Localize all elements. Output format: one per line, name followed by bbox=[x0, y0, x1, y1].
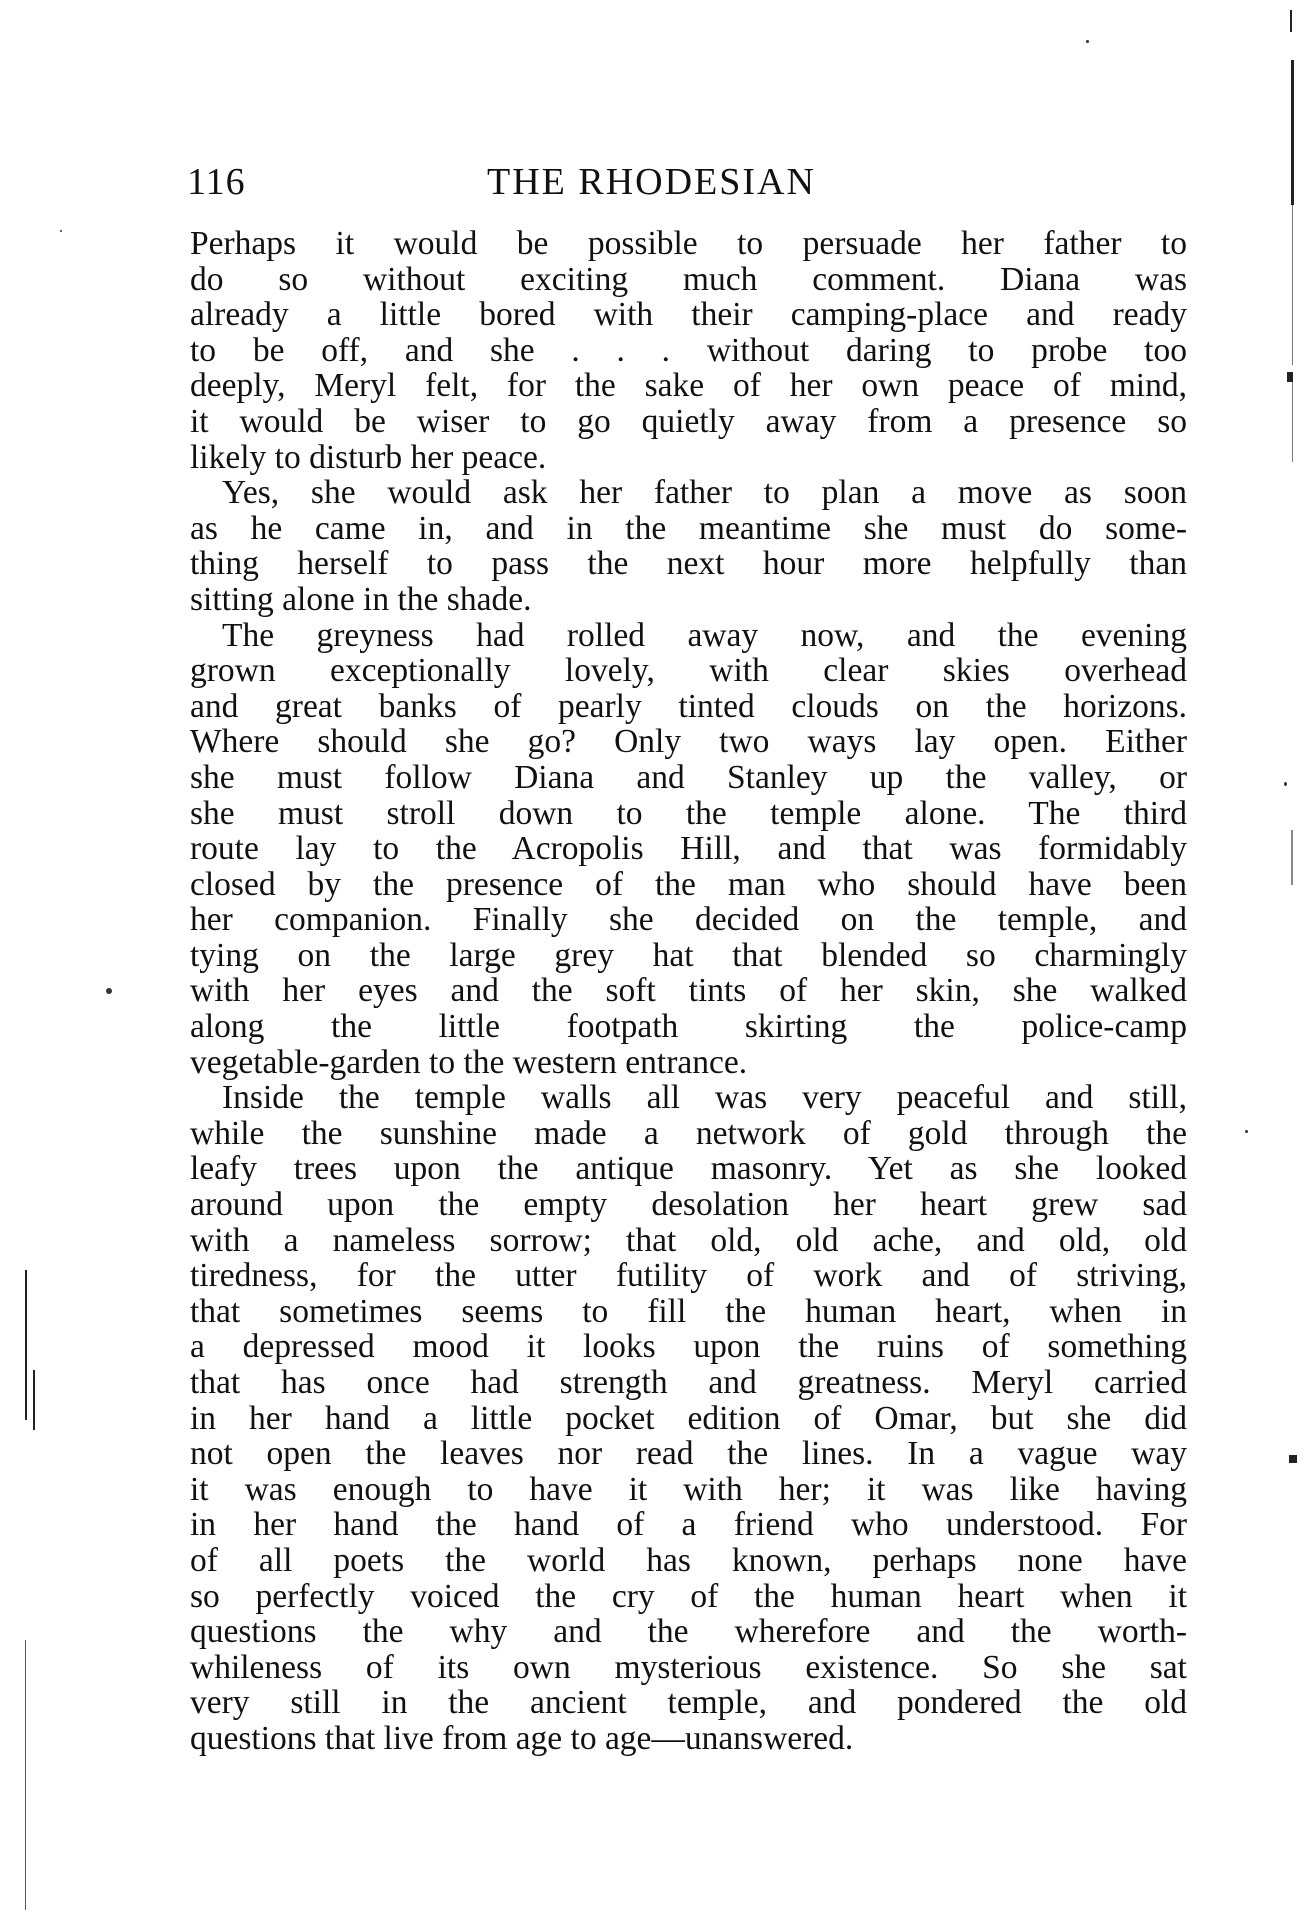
text-line: Where should she go? Only two ways lay o… bbox=[190, 724, 1187, 760]
scan-speck bbox=[106, 988, 112, 994]
text-line: tying on the large grey hat that blended… bbox=[190, 938, 1187, 974]
body-text: Perhaps it would be possible to persuade… bbox=[190, 226, 1187, 1757]
text-line: whileness of its own mysterious existenc… bbox=[190, 1650, 1187, 1686]
paragraph: Perhaps it would be possible to persuade… bbox=[190, 226, 1187, 475]
text-line: tiredness, for the utter futility of wor… bbox=[190, 1258, 1187, 1294]
text-line: while the sunshine made a network of gol… bbox=[190, 1116, 1187, 1152]
text-line: it was enough to have it with her; it wa… bbox=[190, 1472, 1187, 1508]
text-line: deeply, Meryl felt, for the sake of her … bbox=[190, 368, 1187, 404]
text-line: very still in the ancient temple, and po… bbox=[190, 1685, 1187, 1721]
text-line: she must stroll down to the temple alone… bbox=[190, 796, 1187, 832]
text-line: do so without exciting much comment. Dia… bbox=[190, 262, 1187, 298]
text-line: she must follow Diana and Stanley up the… bbox=[190, 760, 1187, 796]
text-line: thing herself to pass the next hour more… bbox=[190, 546, 1187, 582]
scan-edge-mark bbox=[25, 1640, 26, 1910]
text-line: with her eyes and the soft tints of her … bbox=[190, 973, 1187, 1009]
text-line: around upon the empty desolation her hea… bbox=[190, 1187, 1187, 1223]
text-line: to be off, and she . . . without daring … bbox=[190, 333, 1187, 369]
scan-speck bbox=[1245, 1130, 1248, 1133]
paragraph: Yes, she would ask her father to plan a … bbox=[190, 475, 1187, 617]
text-line: Perhaps it would be possible to persuade… bbox=[190, 226, 1187, 262]
book-page: 116 THE RHODESIAN Perhaps it would be po… bbox=[0, 0, 1312, 1918]
text-line: not open the leaves nor read the lines. … bbox=[190, 1436, 1187, 1472]
text-line: questions the why and the wherefore and … bbox=[190, 1614, 1187, 1650]
text-line: so perfectly voiced the cry of the human… bbox=[190, 1579, 1187, 1615]
text-line: route lay to the Acropolis Hill, and tha… bbox=[190, 831, 1187, 867]
text-line: closed by the presence of the man who sh… bbox=[190, 867, 1187, 903]
scan-edge-mark bbox=[1291, 60, 1294, 205]
text-line: along the little footpath skirting the p… bbox=[190, 1009, 1187, 1045]
scan-speck bbox=[60, 230, 62, 232]
paragraph: The greyness had rolled away now, and th… bbox=[190, 618, 1187, 1081]
text-line: with a nameless sorrow; that old, old ac… bbox=[190, 1223, 1187, 1259]
scan-edge-mark bbox=[33, 1370, 35, 1430]
text-line: Yes, she would ask her father to plan a … bbox=[190, 475, 1187, 511]
running-title: THE RHODESIAN bbox=[487, 160, 816, 204]
scan-edge-mark bbox=[1292, 382, 1293, 462]
text-line: that has once had strength and greatness… bbox=[190, 1365, 1187, 1401]
text-line: in her hand the hand of a friend who und… bbox=[190, 1507, 1187, 1543]
scan-edge-mark bbox=[25, 1270, 27, 1420]
scan-edge-mark bbox=[1291, 830, 1293, 885]
paragraph: Inside the temple walls all was very pea… bbox=[190, 1080, 1187, 1756]
text-line: as he came in, and in the meantime she m… bbox=[190, 511, 1187, 547]
text-line: Inside the temple walls all was very pea… bbox=[190, 1080, 1187, 1116]
scan-edge-mark bbox=[1287, 372, 1293, 382]
page-number: 116 bbox=[187, 160, 246, 204]
text-line: sitting alone in the shade. bbox=[190, 582, 1187, 618]
text-line: vegetable-garden to the western entrance… bbox=[190, 1045, 1187, 1081]
text-line: leafy trees upon the antique masonry. Ye… bbox=[190, 1151, 1187, 1187]
text-line: likely to disturb her peace. bbox=[190, 440, 1187, 476]
text-line: grown exceptionally lovely, with clear s… bbox=[190, 653, 1187, 689]
text-line: questions that live from age to age—unan… bbox=[190, 1721, 1187, 1757]
scan-edge-mark bbox=[1290, 10, 1292, 32]
text-line: and great banks of pearly tinted clouds … bbox=[190, 689, 1187, 725]
scan-speck bbox=[1086, 40, 1089, 43]
text-line: that sometimes seems to fill the human h… bbox=[190, 1294, 1187, 1330]
text-line: in her hand a little pocket edition of O… bbox=[190, 1401, 1187, 1437]
scan-edge-mark bbox=[1292, 205, 1293, 365]
text-line: her companion. Finally she decided on th… bbox=[190, 902, 1187, 938]
scan-edge-mark bbox=[1289, 1455, 1297, 1463]
text-line: of all poets the world has known, perhap… bbox=[190, 1543, 1187, 1579]
running-head: 116 THE RHODESIAN bbox=[187, 160, 1187, 204]
text-line: already a little bored with their campin… bbox=[190, 297, 1187, 333]
text-line: a depressed mood it looks upon the ruins… bbox=[190, 1329, 1187, 1365]
text-line: The greyness had rolled away now, and th… bbox=[190, 618, 1187, 654]
scan-speck bbox=[1284, 782, 1287, 786]
text-line: it would be wiser to go quietly away fro… bbox=[190, 404, 1187, 440]
